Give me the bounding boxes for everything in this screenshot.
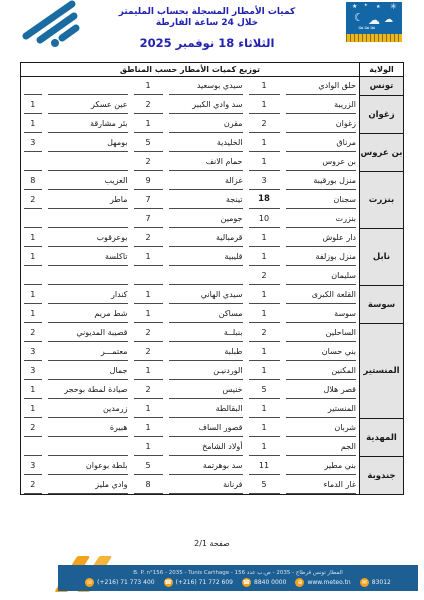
station-name: منزل بورقيبة [286,172,357,190]
sms-icon: ✉ [360,578,369,587]
contact-label: 8840 0000 [254,579,286,586]
rain-value: 1 [249,248,280,266]
station-name: وادي مليز [48,476,128,494]
wilaya-cell: المهدية [360,419,404,457]
rain-value: 1 [134,77,163,95]
rain-value: 3 [24,362,42,380]
station-name [48,153,128,171]
station-name: شربان [286,419,357,437]
station-name [48,77,128,95]
rain-strokes-icon [14,0,80,52]
station-name: بني حسان [286,343,357,361]
table-row: الجم1أولاد الشامخ1 [20,438,403,457]
rain-value: 1 [24,115,42,133]
rain-value: 1 [249,134,280,152]
wilaya-cell: بنزرت [360,172,404,229]
station-name: خنيس [169,381,243,399]
cloud-icon: ☁ [384,16,393,25]
station-name: جمال [48,362,128,380]
star-icon: ★ [364,3,368,7]
station-name: بن عروس [286,153,357,171]
contact-item: ⊕www.meteo.tn [295,578,350,587]
rain-value [24,77,42,95]
rain-value: 2 [134,153,163,171]
station-name: العزيب [48,172,128,190]
station-name: بني مطير [286,457,357,475]
contact-list: ☏(+216) 71 773 400☎(+216) 71 772 609☎884… [85,578,391,587]
table-row: زغوانالزريبة1سد وادي الكبير2عين عسكر1 [20,96,403,115]
station-name: منزل بوزلفة [286,248,357,266]
fax-icon: ☏ [85,578,94,587]
wilaya-cell: جندوبة [360,457,404,495]
station-name: ماطر [48,191,128,209]
station-name: قصور الساف [169,419,243,437]
contact-item: ✉83012 [360,578,391,587]
table-row: تونسحلق الوادي1سيدي بوسعيد1 [20,77,403,96]
station-name: أولاد الشامخ [169,438,243,456]
station-name: زرمدين [48,400,128,418]
table-row: سوسةالقلعة الكبرى1سيدي الهاني1كندار1 [20,286,403,305]
table-row: المنستير1البقالطة1زرمدين1 [20,400,403,419]
wilaya-cell: المنستير [360,324,404,419]
crescent-icon: ☾ [354,12,364,23]
table-row: جندوبةبني مطير11سد بوهرتمة5بلطة بوعوان3 [20,457,403,476]
station-name: قرمبالية [169,229,243,247]
station-name: تينجة [169,191,243,209]
address-line: B. P. n°156 - 2035 - Tunis Carthage - ال… [133,570,342,576]
station-name: سليمان [286,267,357,285]
rain-value: 2 [134,324,163,342]
rain-value [24,267,42,285]
rain-value: 1 [24,96,42,114]
globe-icon: ⊕ [295,578,304,587]
station-name [169,267,243,285]
callcenter-icon: ☎ [242,578,251,587]
rain-table-body: تونسحلق الوادي1سيدي بوسعيد1زغوانالزريبة1… [20,77,403,495]
station-name: الجم [286,438,357,456]
rain-value: 3 [249,172,280,190]
station-name [48,210,128,228]
station-name: بلطة بوعوان [48,457,128,475]
rain-value: 8 [134,476,163,494]
station-name: مقرن [169,115,243,133]
station-name: طبلبة [169,343,243,361]
station-name: شط مريم [48,305,128,323]
table-row: بن عروسمرناق1الخليدية5بومهل3 [20,134,403,153]
rainfall-table: الولاية توزيع كميات الأمطار حسب المناطق … [21,62,404,495]
station-name: الخليدية [169,134,243,152]
contact-item: ☏(+216) 71 773 400 [85,578,154,587]
station-name: جومين [169,210,243,228]
rain-value: 2 [134,96,163,114]
station-name: مرناق [286,134,357,152]
station-name: المنستير [286,400,357,418]
rain-value [24,438,42,456]
rain-value: 2 [134,343,163,361]
rain-value: 2 [134,229,163,247]
contact-label: (+216) 71 772 609 [176,579,233,586]
rain-value: 9 [134,172,163,190]
table-row: قصر هلال5خنيس2صيادة لمطة بوحجر1 [20,381,403,400]
contact-label: 83012 [372,579,391,586]
rain-value: 1 [134,248,163,266]
station-name: سيدي بوسعيد [169,77,243,95]
station-name: دار علوش [286,229,357,247]
station-name: سيدي الهاني [169,286,243,304]
rain-value: 1 [134,362,163,380]
inm-mark-icon [14,0,80,52]
phone-icon: ☎ [164,578,173,587]
contact-item: ☎(+216) 71 772 609 [164,578,233,587]
rain-value: 2 [249,324,280,342]
contact-label: (+216) 71 773 400 [97,579,154,586]
rain-value: 1 [134,400,163,418]
rain-value: 1 [249,400,280,418]
station-name: مساكن [169,305,243,323]
inm-emblem-logo: ★ ★ ★ ✳ ☾ ☁ ☁ ≈≈≈ [346,2,402,42]
rain-value: 5 [249,381,280,399]
contact-label: www.meteo.tn [307,579,350,586]
table-row: بنزرتمنزل بورقيبة3غزالة9العزيب8 [20,172,403,191]
table-row: سجنان18تينجة7ماطر2 [20,191,403,210]
rain-value: 1 [134,115,163,133]
rain-value: 2 [24,191,42,209]
rain-value [134,267,163,285]
star-icon: ★ [352,4,357,10]
rain-value: 1 [24,305,42,323]
snowflake-icon: ✳ [390,3,397,11]
rain-value: 2 [249,115,280,133]
station-name: بئر مشارقة [48,115,128,133]
rain-value: 5 [249,476,280,494]
station-name: سوسة [286,305,357,323]
station-name: الوردنيـن [169,362,243,380]
station-name: هبيرة [48,419,128,437]
station-name: غزالة [169,172,243,190]
station-name: معتمـــر [48,343,128,361]
rain-value: 2 [24,476,42,494]
station-name: زغوان [286,115,357,133]
rain-value: 1 [249,343,280,361]
rain-value: 1 [24,286,42,304]
rain-value: 2 [134,381,163,399]
station-name: فرنانة [169,476,243,494]
rain-value: 7 [134,191,163,209]
rain-value: 1 [249,286,280,304]
rain-value [24,153,42,171]
table-row: بنزرت10جومين7 [20,210,403,229]
station-name: المكنين [286,362,357,380]
station-name: قليبية [169,248,243,266]
rain-value: 18 [249,191,280,209]
station-name: الزريبة [286,96,357,114]
station-name: غار الدماء [286,476,357,494]
wilaya-cell: زغوان [360,96,404,134]
rain-value: 1 [249,229,280,247]
rain-value: 3 [24,134,42,152]
table-row: سليمان2 [20,267,403,286]
rain-value: 1 [24,381,42,399]
rain-value: 1 [249,419,280,437]
station-name [48,438,128,456]
rain-value: 2 [24,324,42,342]
station-name: كندار [48,286,128,304]
rain-value: 3 [24,457,42,475]
station-name: قصر هلال [286,381,357,399]
rain-value: 11 [249,457,280,475]
star-icon: ★ [376,5,380,10]
rain-value: 1 [134,305,163,323]
station-name: بنبلــة [169,324,243,342]
station-name: بومهل [48,134,128,152]
table-row: منزل بوزلفة1قليبية1تاكلسة1 [20,248,403,267]
station-name: قصيبة المديوني [48,324,128,342]
table-row: نابلدار علوش1قرمبالية2بوعرقوب1 [20,229,403,248]
wilaya-cell: سوسة [360,286,404,324]
rain-value [24,210,42,228]
rain-value: 1 [249,77,280,95]
wave-icon: ≈≈≈ [358,25,376,32]
rain-value: 1 [24,400,42,418]
rain-value: 1 [249,96,280,114]
contact-item: ☎8840 0000 [242,578,286,587]
rain-value: 8 [24,172,42,190]
station-name: حمام الانف [169,153,243,171]
station-name: سجنان [286,191,357,209]
rain-value: 2 [249,267,280,285]
station-name: حلق الوادي [286,77,357,95]
rain-value: 7 [134,210,163,228]
rain-value: 1 [249,153,280,171]
rain-value: 2 [24,419,42,437]
rain-value: 1 [24,248,42,266]
station-name: سد بوهرتمة [169,457,243,475]
rain-value: 1 [134,286,163,304]
table-row: بني حسان1طبلبة2معتمـــر3 [20,343,403,362]
rain-value: 3 [24,343,42,361]
table-row: بن عروس1حمام الانف2 [20,153,403,172]
page-number: صفحة 2/1 [0,539,424,548]
wilaya-cell: بن عروس [360,134,404,172]
station-name: عين عسكر [48,96,128,114]
wilaya-column-header: الولاية [360,63,404,77]
rain-value: 1 [24,229,42,247]
report-title: كميات الأمطار المسجلة بحساب المليمتر خلا… [80,7,334,50]
bulletin-page: ★ ★ ★ ✳ ☾ ☁ ☁ ≈≈≈ كميات الأمطار المسجلة … [0,0,424,600]
rain-value: 10 [249,210,280,228]
station-name: البقالطة [169,400,243,418]
table-row: المهديةشربان1قصور الساف1هبيرة2 [20,419,403,438]
table-row: المنستيرالساحلين2بنبلــة2قصيبة المديوني2 [20,324,403,343]
wilaya-cell: تونس [360,77,404,96]
wilaya-cell: نابل [360,229,404,286]
rain-value: 1 [249,362,280,380]
table-row: غار الدماء5فرنانة8وادي مليز2 [20,476,403,495]
table-row: سوسة1مساكن1شط مريم1 [20,305,403,324]
station-name: الساحلين [286,324,357,342]
distribution-header: توزيع كميات الأمطار حسب المناطق [20,63,359,77]
rain-value: 5 [134,457,163,475]
table-row: زغوان2مقرن1بئر مشارقة1 [20,115,403,134]
station-name: صيادة لمطة بوحجر [48,381,128,399]
station-name [48,267,128,285]
report-date: الثلاثاء 18 نوفمبر 2025 [80,36,334,50]
title-line-1: كميات الأمطار المسجلة بحساب المليمتر [80,7,334,18]
station-name: تاكلسة [48,248,128,266]
station-name: سد وادي الكبير [169,96,243,114]
table-row: المكنين1الوردنيـن1جمال3 [20,362,403,381]
title-line-2: خلال 24 ساعة الفارطة [80,18,334,29]
rain-value: 1 [134,419,163,437]
rain-value: 1 [249,438,280,456]
footer-contact-bar: B. P. n°156 - 2035 - Tunis Carthage - ال… [58,565,418,591]
station-name: بوعرقوب [48,229,128,247]
rain-value: 1 [249,305,280,323]
logo-banner [346,34,402,42]
rain-value: 5 [134,134,163,152]
station-name: بنزرت [286,210,357,228]
rain-value: 1 [134,438,163,456]
station-name: القلعة الكبرى [286,286,357,304]
